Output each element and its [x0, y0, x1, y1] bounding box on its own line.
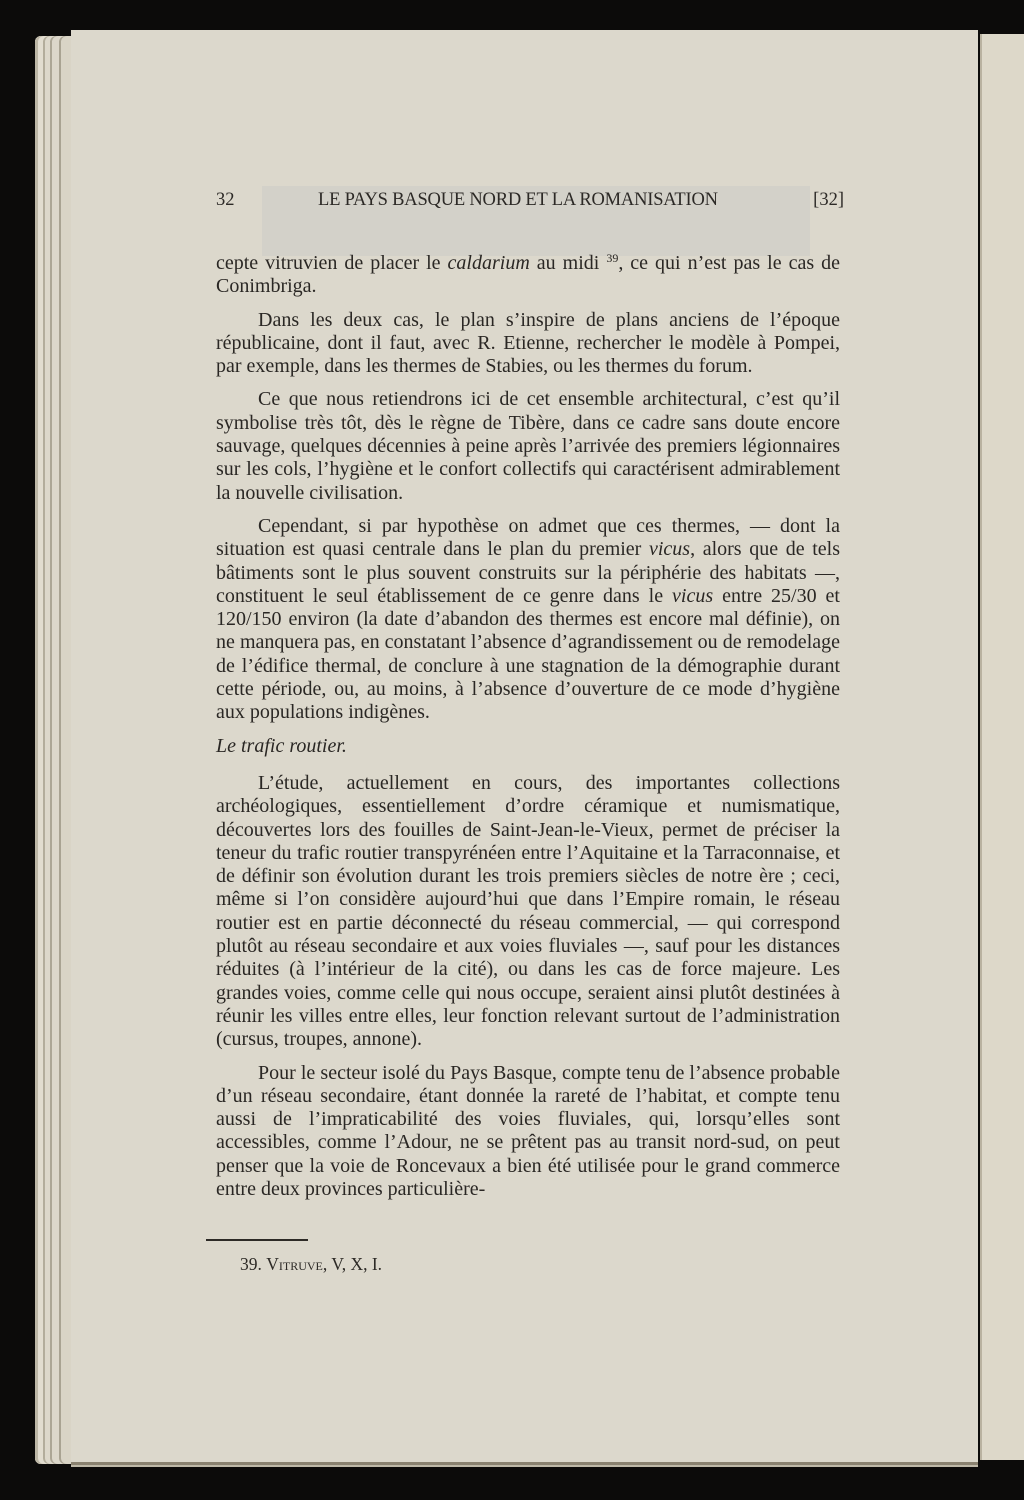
footnote-author: Vitruve [266, 1254, 323, 1274]
italic-term: vicus [672, 585, 713, 607]
footnote-ref[interactable]: 39 [606, 251, 618, 265]
body-text: cepte vitruvien de placer le caldarium a… [216, 252, 840, 1211]
footnote-number: 39. [240, 1254, 262, 1274]
paragraph: L’étude, actuellement en cours, des impo… [216, 772, 840, 1052]
footnote-ref-text: , V, X, I. [323, 1254, 382, 1274]
italic-term: vicus [649, 538, 690, 560]
text-run: cepte vitruvien de placer le [216, 252, 448, 274]
paragraph: Ce que nous retiendrons ici de cet ensem… [216, 388, 840, 504]
footnote-rule [206, 1239, 308, 1241]
bracket-page-number: [32] [813, 190, 844, 211]
paragraph: Dans les deux cas, le plan s’inspire de … [216, 309, 840, 379]
italic-term: caldarium [448, 252, 530, 274]
page-stack-edge [35, 36, 75, 1464]
paragraph-continuation: cepte vitruvien de placer le caldarium a… [216, 252, 840, 299]
running-title: LE PAYS BASQUE NORD ET LA ROMANISATION [318, 190, 718, 211]
section-subheading: Le trafic routier. [216, 735, 840, 758]
running-header: 32 LE PAYS BASQUE NORD ET LA ROMANISATIO… [216, 190, 844, 218]
page-number: 32 [216, 190, 235, 211]
paragraph: Pour le secteur isolé du Pays Basque, co… [216, 1062, 840, 1202]
facing-page-edge [980, 34, 1024, 1460]
paragraph: Cependant, si par hypothèse on admet que… [216, 515, 840, 725]
text-run: au midi [530, 252, 607, 274]
footnote: 39. Vitruve, V, X, I. [240, 1254, 382, 1275]
